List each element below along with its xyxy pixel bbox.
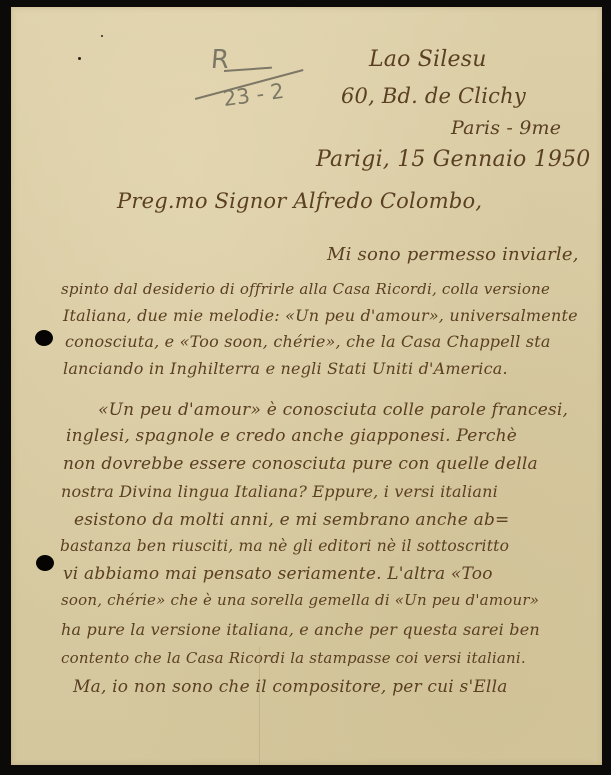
scan-frame: R 23 - 2 Lao Silesu 60, Bd. de Clichy Pa… xyxy=(0,0,611,775)
body-line: «Un peu d'amour» è conosciuta colle paro… xyxy=(98,400,568,420)
salutation: Preg.mo Signor Alfredo Colombo, xyxy=(117,189,482,213)
sender-name: Lao Silesu xyxy=(369,47,487,72)
body-line: conosciuta, e «Too soon, chérie», che la… xyxy=(65,332,551,351)
body-line: soon, chérie» che è una sorella gemella … xyxy=(61,591,539,609)
paper-speck xyxy=(101,35,103,37)
archive-mark-number: 23 - 2 xyxy=(222,79,286,111)
body-line: esistono da molti anni, e mi sembrano an… xyxy=(74,510,510,530)
sender-address-city: Paris - 9me xyxy=(451,117,561,139)
letter-page: R 23 - 2 Lao Silesu 60, Bd. de Clichy Pa… xyxy=(11,7,602,765)
body-line: contento che la Casa Ricordi la stampass… xyxy=(61,649,526,667)
body-line: inglesi, spagnole e credo anche giappone… xyxy=(66,426,517,446)
body-line: spinto dal desiderio di offrirle alla Ca… xyxy=(61,280,550,298)
body-line: Mi sono permesso inviarle, xyxy=(327,244,579,265)
body-line: Ma, io non sono che il compositore, per … xyxy=(73,677,508,697)
archive-mark-stroke xyxy=(224,67,272,72)
body-line: Italiana, due mie melodie: «Un peu d'amo… xyxy=(63,306,578,325)
body-line: lanciando in Inghilterra e negli Stati U… xyxy=(63,359,508,378)
body-line: vi abbiamo mai pensato seriamente. L'alt… xyxy=(63,564,493,584)
body-line: non dovrebbe essere conosciuta pure con … xyxy=(63,454,538,474)
punch-hole-lower xyxy=(36,555,54,571)
body-line: nostra Divina lingua Italiana? Eppure, i… xyxy=(61,482,498,501)
paper-speck xyxy=(78,57,81,60)
body-line: bastanza ben riusciti, ma nè gli editori… xyxy=(60,537,509,555)
letter-date: Parigi, 15 Gennaio 1950 xyxy=(316,147,591,172)
punch-hole-upper xyxy=(35,330,53,346)
body-line: ha pure la versione italiana, e anche pe… xyxy=(61,620,540,639)
sender-address-street: 60, Bd. de Clichy xyxy=(341,84,526,108)
